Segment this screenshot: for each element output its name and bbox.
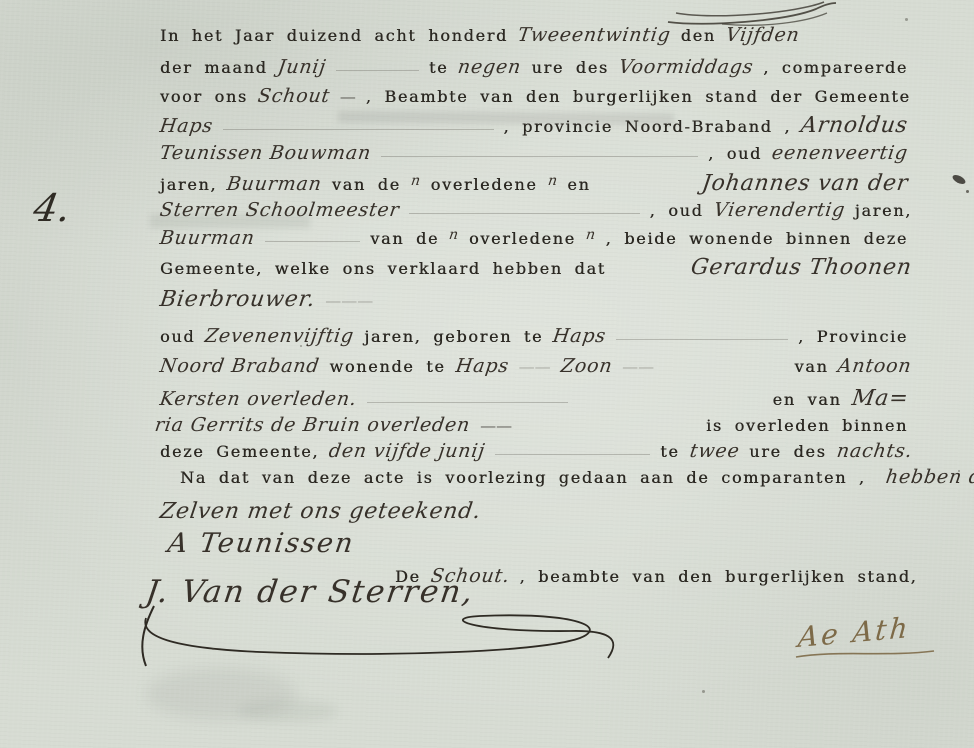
handwritten-text: Kersten overleden. [158, 388, 358, 410]
document-page: { "page": { "kind": "scanned historical … [0, 0, 974, 748]
form-line-12: Noord Brabandwonende teHaps——Zoon——vanAn… [160, 355, 912, 377]
fill-in-rule [495, 454, 650, 455]
form-line-3: voor onsSchout—, Beambte van den burgerl… [160, 85, 911, 107]
paper-stain [238, 700, 338, 722]
printed-text: jaren, [160, 175, 217, 194]
printed-text: , oud [708, 144, 762, 163]
ink-speck [905, 18, 908, 21]
signature-van-der-sterren: J. Van der Sterren, [146, 574, 474, 610]
handwritten-text: Haps [454, 355, 510, 377]
printed-text: , beambte van den burgerlijken stand, [520, 567, 918, 586]
printed-text: , beide wonende binnen deze [606, 229, 908, 248]
handwritten-text: den vijfde junij [328, 440, 487, 462]
handwritten-text: n [546, 173, 558, 189]
printed-text: jaren, geboren te [364, 327, 543, 346]
handwritten-text: Haps [158, 115, 214, 137]
form-line-11: oudZevenenvijftigjaren, geboren teHaps, … [160, 325, 908, 347]
printed-text: van [795, 357, 829, 376]
form-line-4: Haps, provincie Noord-Braband ,Arnoldus [160, 113, 908, 138]
handwritten-text: Zoon [559, 355, 614, 377]
printed-text: en van [773, 390, 842, 409]
handwritten-text: Junij [276, 56, 327, 78]
fill-in-rule [367, 402, 568, 403]
printed-text: van de [332, 175, 401, 194]
printed-text: ure des [749, 442, 826, 461]
fill-in-rule [223, 129, 493, 130]
form-line-10: Bierbrouwer.——— [160, 287, 373, 312]
printed-text: —— [519, 357, 551, 376]
handwritten-text: Noord Braband [158, 355, 321, 377]
printed-text: der maand [160, 58, 268, 77]
form-line-7: Sterren Schoolmeester, oudVierendertigja… [160, 199, 912, 221]
handwritten-text: nachts. [835, 440, 914, 462]
form-line-2: der maandJunijtenegenure desVoormiddags,… [160, 56, 908, 78]
handwritten-text: Voormiddags [617, 56, 754, 78]
handwritten-text: negen [457, 56, 523, 78]
printed-text: voor ons [160, 87, 248, 106]
printed-text: , provincie Noord-Braband , [504, 117, 792, 136]
printed-text: , oud [650, 201, 704, 220]
form-line-16: Na dat van deze acte is voorlezing gedaa… [180, 466, 898, 488]
printed-text: ——— [325, 291, 373, 310]
printed-text: , compareerde [763, 58, 908, 77]
handwritten-text: Ma= [850, 386, 910, 411]
ink-speck [300, 345, 302, 347]
form-line-5: Teunissen Bouwman, oudeenenveertig [160, 142, 908, 164]
handwritten-text: Buurman [226, 173, 324, 195]
printed-text: Na dat van deze acte is voorlezing gedaa… [180, 468, 866, 487]
form-line-8: Buurmanvan denoverledenen, beide wonende… [160, 227, 908, 249]
handwritten-text: Gerardus Thoonen [689, 255, 913, 280]
fill-in-rule [381, 156, 698, 157]
form-line-15: deze Gemeente,den vijfde junijtetweeure … [160, 440, 912, 462]
printed-text: wonende te [329, 357, 445, 376]
handwritten-text: Vijfden [724, 24, 801, 46]
handwritten-text: n [410, 173, 422, 189]
printed-text: te [429, 58, 448, 77]
ink-speck [838, 120, 840, 122]
ink-speck [958, 470, 960, 472]
signature-flourish [136, 604, 646, 670]
handwritten-text: Zelven met ons geteekend. [158, 499, 482, 524]
handwritten-text: Buurman [158, 227, 256, 249]
ink-speck [702, 690, 705, 693]
handwritten-text: Arnoldus [799, 113, 909, 138]
ink-speck [212, 648, 214, 650]
edge-ink-blot [951, 173, 967, 186]
handwritten-text: Zevenenvijftig [204, 325, 356, 347]
printed-text: In het Jaar duizend acht honderd [160, 26, 508, 45]
handwritten-text: A Teunissen [166, 528, 357, 559]
handwritten-text: n [448, 227, 460, 243]
printed-text: , Provincie [798, 327, 908, 346]
form-line-17: Zelven met ons geteekend. [160, 499, 481, 524]
handwritten-text: eenenveertig [770, 142, 909, 164]
printed-text: overledene [431, 175, 538, 194]
printed-text: te [660, 442, 679, 461]
printed-text: —— [622, 357, 654, 376]
fill-in-rule [265, 241, 361, 242]
handwritten-text: Haps [552, 325, 608, 347]
printed-text: jaren, [855, 201, 912, 220]
fill-in-rule [616, 339, 788, 340]
fill-in-rule [336, 70, 419, 71]
form-line-9: Gemeente, welke ons verklaard hebben dat… [160, 255, 912, 280]
handwritten-text: Teunissen Bouwman [158, 142, 372, 164]
schout-paraph-signature: Ae Ath [797, 611, 912, 654]
handwritten-text: n [585, 227, 597, 243]
handwritten-text: Johannes van der [700, 171, 910, 196]
fill-in-rule [409, 213, 639, 214]
printed-text: ure des [531, 58, 608, 77]
handwritten-text: ria Gerrits de Bruin overleden [153, 414, 471, 436]
printed-text: en [567, 175, 590, 194]
handwritten-text: Vierendertig [712, 199, 846, 221]
printed-text: is overleden binnen [706, 416, 908, 435]
handwritten-text: Schout [256, 85, 331, 107]
form-line-1: In het Jaar duizend acht honderdTweeentw… [160, 24, 799, 46]
printed-text: overledene [469, 229, 576, 248]
margin-act-number: 4. [30, 186, 74, 230]
form-line-14: ria Gerrits de Bruin overleden——is overl… [155, 414, 908, 436]
printed-text: — [340, 87, 356, 106]
printed-text: deze Gemeente, [160, 442, 319, 461]
form-line-6: jaren,Buurmanvan denoverledenenenJohanne… [160, 171, 908, 196]
printed-text: van de [370, 229, 439, 248]
printed-text: —— [480, 416, 512, 435]
handwritten-text: Sterren Schoolmeester [158, 199, 401, 221]
printed-text: oud [160, 327, 195, 346]
signature-teunissen: A Teunissen [168, 528, 354, 559]
handwritten-text: twee [688, 440, 741, 462]
handwritten-text: Bierbrouwer. [158, 287, 317, 312]
handwritten-text: Antoon [837, 355, 914, 377]
edge-ink-dot [966, 190, 969, 193]
form-line-13: Kersten overleden.en vanMa= [160, 386, 908, 411]
handwritten-text: Tweeentwintig [516, 24, 672, 46]
printed-text: Gemeente, welke ons verklaard hebben dat [160, 259, 606, 278]
printed-text: den [681, 26, 716, 45]
printed-text: , Beambte van den burgerlijken stand der… [366, 87, 911, 106]
paper-stain [146, 668, 296, 720]
handwritten-text: hebben de= [884, 466, 974, 488]
handwritten-text: J. Van der Sterren, [143, 574, 476, 610]
